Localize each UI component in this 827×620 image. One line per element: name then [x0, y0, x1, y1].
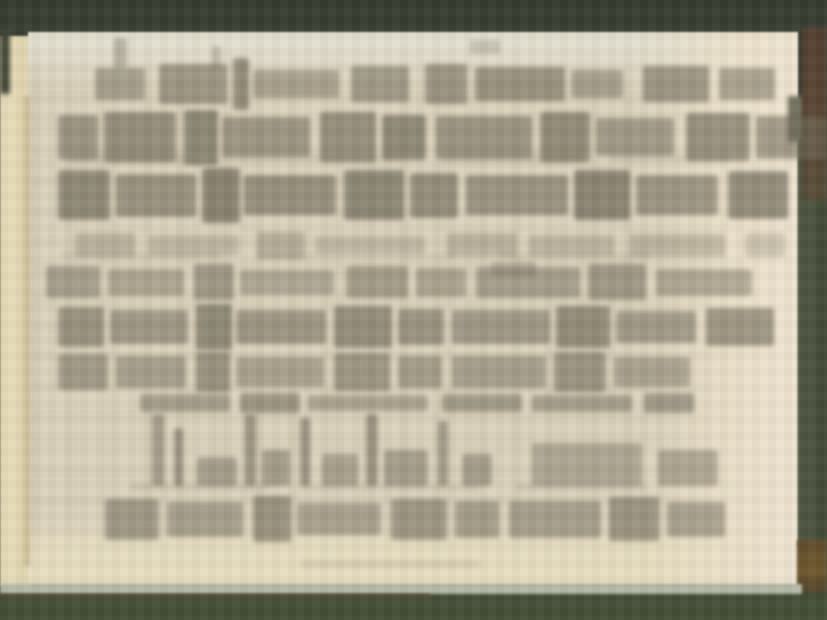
ink-blob — [262, 450, 290, 486]
ink-blob — [440, 153, 580, 163]
ink-blob — [614, 357, 690, 387]
ink-blob — [438, 421, 448, 486]
ink-blob — [384, 450, 428, 486]
ink-blob — [500, 251, 650, 259]
manuscript-photo — [0, 0, 827, 620]
ink-blob — [643, 66, 709, 102]
script-line — [58, 306, 774, 348]
ink-blob — [636, 175, 718, 215]
ink-blob — [130, 483, 270, 491]
ink-blob — [245, 414, 256, 486]
ink-blob — [509, 501, 601, 538]
ink-smudge — [114, 38, 127, 68]
ink-blob — [658, 450, 718, 486]
ink-blob — [159, 64, 227, 104]
ink-blob — [416, 268, 466, 297]
ink-blob — [233, 58, 249, 110]
ink-blob — [222, 117, 310, 157]
ink-blob — [466, 175, 568, 215]
ink-blob — [194, 264, 234, 300]
ink-blob — [60, 251, 220, 259]
ink-blob — [58, 170, 110, 220]
ink-blob — [554, 352, 606, 392]
ink-blob — [745, 233, 785, 257]
ink-blob — [95, 68, 145, 100]
ink-blob — [455, 501, 499, 538]
ink-blob — [110, 310, 188, 344]
ink-smudge — [212, 46, 221, 68]
ink-blob — [398, 356, 442, 388]
ink-blob — [220, 154, 400, 162]
ink-blob — [300, 418, 310, 486]
handwriting-ink-layer — [0, 0, 827, 620]
ink-blob — [70, 153, 190, 163]
ink-smudge — [300, 560, 480, 568]
ink-blob — [236, 310, 326, 344]
ink-blob — [152, 414, 164, 486]
ink-blob — [240, 393, 300, 413]
ink-blob — [351, 66, 409, 102]
ink-blob — [452, 356, 546, 388]
ink-blob — [656, 269, 752, 296]
ink-blob — [46, 266, 100, 298]
ink-blob — [366, 414, 378, 486]
ink-blob — [196, 304, 232, 350]
ink-blob — [108, 269, 184, 296]
ink-blob — [756, 116, 826, 159]
ink-blob — [616, 311, 696, 343]
ink-blob — [574, 170, 630, 220]
ink-blob — [202, 168, 240, 223]
ink-blob — [297, 503, 381, 535]
ink-blob — [556, 306, 610, 348]
ink-blob — [140, 394, 230, 412]
ink-blob — [167, 502, 243, 537]
ink-blob — [174, 428, 183, 486]
ink-blob — [706, 308, 774, 346]
ink-blob — [391, 499, 447, 540]
ink-blob — [532, 395, 632, 412]
ink-blob — [596, 118, 674, 156]
ink-blob — [588, 264, 646, 300]
script-line — [130, 482, 646, 492]
ink-smudge — [470, 40, 500, 54]
ink-blob — [610, 154, 730, 162]
ink-blob — [240, 270, 334, 295]
ink-blob — [116, 174, 196, 217]
script-line — [105, 496, 725, 542]
ink-blob — [334, 353, 390, 391]
ink-smudge — [490, 262, 536, 276]
ink-blob — [236, 357, 324, 387]
ink-blob — [253, 70, 339, 98]
ink-blob — [425, 64, 467, 104]
ink-blob — [196, 352, 230, 392]
ink-blob — [105, 499, 159, 540]
ink-blob — [300, 484, 480, 491]
ink-blob — [308, 395, 428, 411]
ink-blob — [58, 354, 108, 390]
ink-blob — [609, 497, 659, 541]
ink-blob — [728, 171, 788, 219]
ink-blob — [571, 70, 623, 98]
ink-blob — [475, 67, 565, 101]
ink-blob — [346, 266, 408, 298]
script-line — [140, 393, 694, 413]
ink-blob — [58, 307, 104, 347]
ink-blob — [256, 252, 456, 259]
ink-blob — [398, 309, 444, 345]
ink-blob — [452, 310, 550, 344]
ink-blob — [253, 496, 291, 542]
ink-blob — [719, 68, 775, 100]
ink-blob — [667, 502, 725, 537]
ink-blob — [244, 175, 336, 215]
script-line — [58, 352, 690, 392]
ink-blob — [116, 356, 186, 388]
ink-blob — [344, 170, 404, 220]
script-line — [58, 170, 788, 220]
ink-blob — [442, 394, 522, 412]
ink-blob — [532, 443, 642, 486]
script-line — [70, 152, 730, 164]
script-line — [152, 414, 718, 486]
ink-blob — [516, 483, 646, 491]
ink-blob — [644, 393, 694, 413]
ink-blob — [334, 306, 392, 348]
script-line — [46, 264, 752, 300]
ink-blob — [410, 173, 458, 218]
script-line — [95, 64, 775, 104]
script-line — [60, 250, 650, 260]
photo-layer — [0, 0, 827, 620]
